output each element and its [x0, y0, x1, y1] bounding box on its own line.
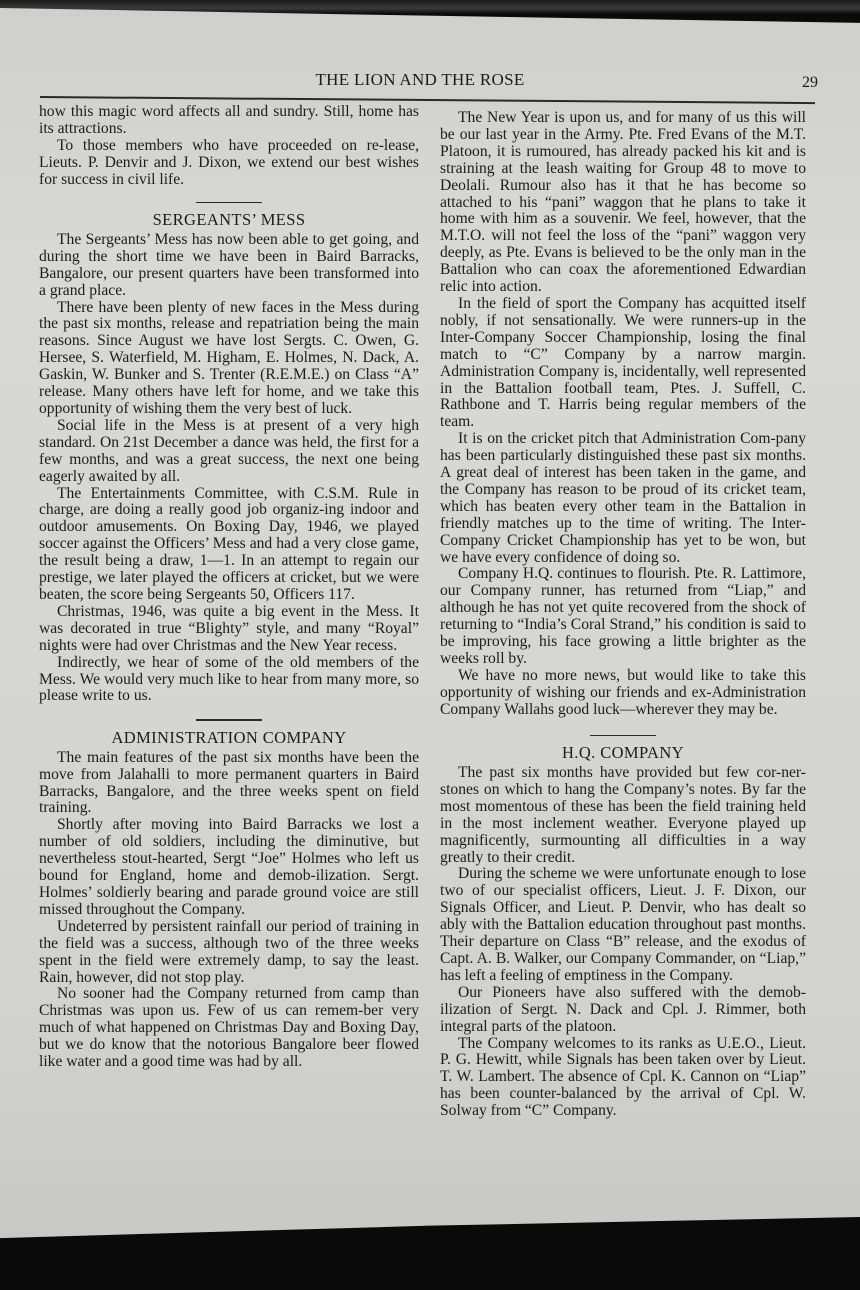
right-column: The New Year is upon us, and for many of… [440, 110, 806, 1120]
paragraph: Company H.Q. continues to flourish. Pte.… [440, 566, 806, 667]
paragraph: Indirectly, we hear of some of the old m… [39, 655, 419, 706]
paragraph: Undeterred by persistent rainfall our pe… [39, 919, 419, 987]
paragraph: We have no more news, but would like to … [440, 668, 806, 719]
paragraph: The Company welcomes to its ranks as U.E… [440, 1036, 806, 1121]
section-administration-company-continued: The New Year is upon us, and for many of… [440, 110, 806, 719]
paragraph: There have been plenty of new faces in t… [39, 300, 419, 418]
paragraph: The past six months have provided but fe… [440, 765, 806, 866]
paragraph: During the scheme we were unfortunate en… [440, 866, 806, 984]
paragraph: The Entertainments Committee, with C.S.M… [39, 486, 419, 604]
left-column: how this magic word affects all and sund… [39, 104, 419, 1071]
section-divider [196, 202, 262, 204]
running-header: THE LION AND THE ROSE 29 [30, 68, 810, 94]
section-heading: SERGEANTS’ MESS [39, 212, 419, 229]
section-sergeants-mess: SERGEANTS’ MESS The Sergeants’ Mess has … [39, 212, 419, 705]
paragraph: The New Year is upon us, and for many of… [440, 110, 806, 296]
section-hq-company: H.Q. COMPANY The past six months have pr… [440, 745, 806, 1120]
paragraph: Social life in the Mess is at present of… [39, 418, 419, 486]
paragraph: Christmas, 1946, was quite a big event i… [39, 604, 419, 655]
continued-paragraph: how this magic word affects all and sund… [39, 104, 419, 138]
paragraph: No sooner had the Company returned from … [39, 986, 419, 1071]
section-heading: ADMINISTRATION COMPANY [39, 730, 419, 747]
section-divider [590, 735, 656, 737]
paragraph: The Sergeants’ Mess has now been able to… [39, 232, 419, 300]
paragraph: Shortly after moving into Baird Barracks… [39, 817, 419, 918]
paragraph: Our Pioneers have also suffered with the… [440, 985, 806, 1036]
paragraph: To those members who have proceeded on r… [39, 138, 419, 189]
section-heading: H.Q. COMPANY [440, 745, 806, 762]
section-administration-company: ADMINISTRATION COMPANY The main features… [39, 730, 419, 1071]
paragraph: The main features of the past six months… [39, 750, 419, 818]
paragraph: In the field of sport the Company has ac… [440, 296, 806, 431]
scanned-page-photo: THE LION AND THE ROSE 29 how this magic … [0, 0, 860, 1290]
paragraph: It is on the cricket pitch that Administ… [440, 431, 806, 566]
publication-title: THE LION AND THE ROSE [30, 70, 810, 90]
section-divider [196, 719, 262, 721]
page-number: 29 [802, 74, 818, 92]
